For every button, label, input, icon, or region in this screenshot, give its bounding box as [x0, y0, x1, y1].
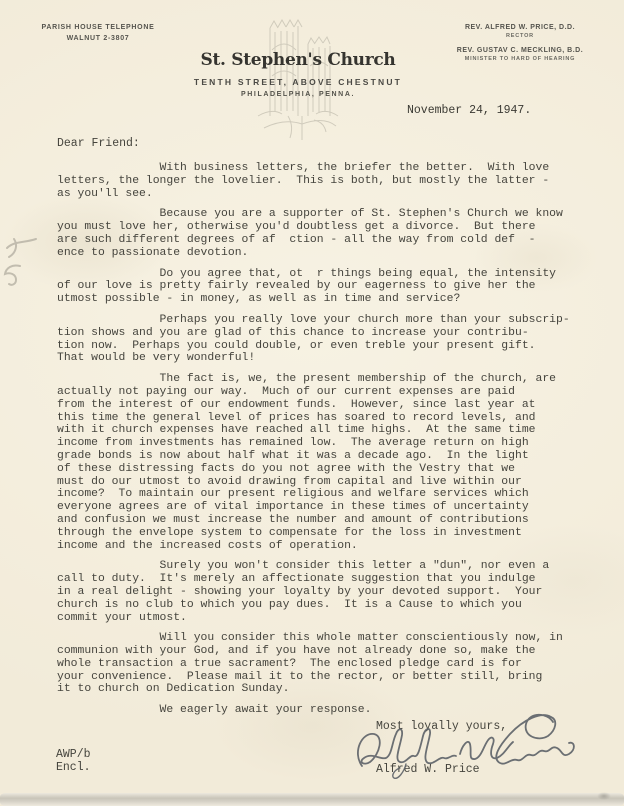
rector-name: REV. ALFRED W. PRICE, D.D. — [424, 24, 616, 31]
paragraph-3: Do you agree that, ot r things being equ… — [57, 268, 577, 306]
paragraph-7: Will you consider this whole matter cons… — [57, 632, 577, 696]
phone-line-1: PARISH HOUSE TELEPHONE — [18, 22, 178, 33]
page-edge-shadow — [0, 793, 624, 806]
clergy-entry: REV. ALFRED W. PRICE, D.D. RECTOR — [424, 24, 616, 39]
paragraph-2: Because you are a supporter of St. Steph… — [57, 208, 577, 259]
rector-title: RECTOR — [424, 33, 616, 39]
letter-page: PARISH HOUSE TELEPHONE WALNUT 2-3807 REV… — [0, 0, 624, 806]
corner-smudge — [597, 792, 611, 800]
church-name: St. Stephen's Church — [187, 50, 409, 70]
paragraph-5: The fact is, we, the present membership … — [57, 373, 577, 552]
phone-line-2: WALNUT 2-3807 — [18, 33, 178, 44]
paragraph-6: Surely you won't consider this letter a … — [57, 560, 577, 624]
letterhead-phone-block: PARISH HOUSE TELEPHONE WALNUT 2-3807 — [18, 22, 178, 44]
date-line: November 24, 1947. — [407, 104, 531, 117]
letterhead-church-block: St. Stephen's Church TENTH STREET, ABOVE… — [187, 50, 409, 98]
church-city: PHILADELPHIA, PENNA. — [187, 91, 409, 98]
paragraph-1: With business letters, the briefer the b… — [57, 162, 577, 200]
pencil-marks-icon — [2, 236, 52, 288]
salutation: Dear Friend: — [57, 137, 140, 150]
paragraph-4: Perhaps you really love your church more… — [57, 314, 577, 365]
minister-title: MINISTER TO HARD OF HEARING — [424, 56, 616, 62]
church-address: TENTH STREET, ABOVE CHESTNUT — [187, 77, 409, 87]
minister-name: REV. GUSTAV C. MECKLING, B.D. — [424, 47, 616, 54]
handwritten-signature — [348, 708, 593, 788]
letterhead-clergy-block: REV. ALFRED W. PRICE, D.D. RECTOR REV. G… — [424, 24, 616, 62]
clergy-entry: REV. GUSTAV C. MECKLING, B.D. MINISTER T… — [424, 47, 616, 62]
letter-body: With business letters, the briefer the b… — [57, 162, 577, 725]
reference-block: AWP/b Encl. — [56, 748, 91, 774]
